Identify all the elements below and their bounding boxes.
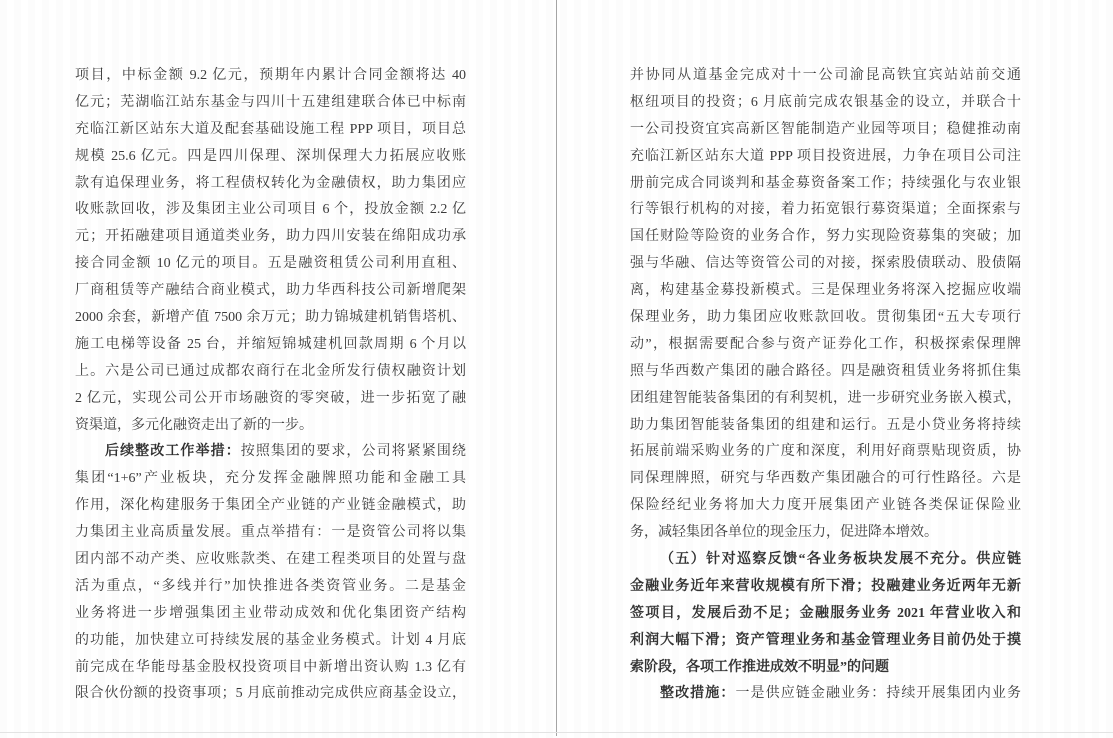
emphasis-text: 签项目，发展后劲不足；金融服务业务 2021 年营业收入和: [630, 606, 1021, 621]
text-line: 力集团主业高质量发展。重点举措有：一是资管公司将以集: [75, 520, 466, 547]
body-text: 充临江新区站东大道及配套基础设施工程 PPP 项目，项目总: [75, 122, 466, 137]
text-line: 签项目，发展后劲不足；金融服务业务 2021 年营业收入和: [630, 601, 1021, 628]
body-text: 厂商租赁等产融结合商业模式，助力华西科技公司新增爬架: [75, 283, 466, 298]
body-text: 国任财险等险资的业务合作，努力实现险资募集的突破；加: [630, 229, 1021, 244]
text-line: 款有追保理业务，将工程债权转化为金融债权，助力集团应: [75, 171, 466, 198]
text-line: 业务将进一步增强集团主业带动成效和优化集团资产结构: [75, 601, 466, 628]
text-line: 整改措施：一是供应链金融业务：持续开展集团内业务: [630, 681, 1021, 708]
body-text: 强与华融、信达等资管公司的对接，探索股债联动、股债隔: [630, 256, 1021, 271]
text-line: 团组建智能装备集团的有利契机，进一步研究业务嵌入模式，: [630, 386, 1021, 413]
body-text: 照与华西数产集团的融合路径。四是融资租赁业务将抓住集: [630, 364, 1021, 379]
text-line: 厂商租赁等产融结合商业模式，助力华西科技公司新增爬架: [75, 278, 466, 305]
text-line: 前完成在华能母基金股权投资项目中新增出资认购 1.3 亿有: [75, 655, 466, 682]
text-line: 亿元；芜湖临江站东基金与四川十五建组建联合体已中标南: [75, 90, 466, 117]
body-text: 枢纽项目的投资；6 月底前完成农银基金的设立，并联合十: [630, 95, 1021, 110]
body-text: 限合伙份额的投资事项；5 月底前推动完成供应商基金设立，: [75, 686, 466, 701]
emphasis-text: 金融业务近年来营收规模有所下滑；投融建业务近两年无新: [630, 579, 1021, 594]
text-line: 后续整改工作举措：按照集团的要求，公司将紧紧围绕: [75, 439, 466, 466]
body-text: 款有追保理业务，将工程债权转化为金融债权，助力集团应: [75, 176, 466, 191]
text-line: 团内部不动产类、应收账款类、在建工程类项目的处置与盘: [75, 547, 466, 574]
document-spread: 项目，中标金额 9.2 亿元，预期年内累计合同金额将达 40亿元；芜湖临江站东基…: [0, 0, 1113, 738]
text-line: 同保理牌照，研究与华西数产集团融合的可行性路径。六是: [630, 466, 1021, 493]
body-text: 保险经纪业务将加大力度开展集团产业链各类保证保险业: [630, 498, 1021, 513]
body-text: 的功能，加快建立可持续发展的基金业务模式。计划 4 月底: [75, 633, 466, 648]
text-line: 国任财险等险资的业务合作，努力实现险资募集的突破；加: [630, 224, 1021, 251]
body-text: 拓展前端采购业务的广度和深度，利用好商票贴现资质，协: [630, 444, 1021, 459]
text-line: 照与华西数产集团的融合路径。四是融资租赁业务将抓住集: [630, 359, 1021, 386]
text-line: 助力集团智能装备集团的组建和运行。五是小贷业务将持续: [630, 413, 1021, 440]
text-line: 集团“1+6”产业板块，充分发挥金融牌照功能和金融工具: [75, 466, 466, 493]
text-line: 拓展前端采购业务的广度和深度，利用好商票贴现资质，协: [630, 439, 1021, 466]
emphasis-text: 整改措施：: [660, 686, 735, 701]
body-text: 规模 25.6 亿元。四是四川保理、深圳保理大力拓展应收账: [75, 149, 466, 164]
text-line: 2 亿元，实现公司公开市场融资的零突破，进一步拓宽了融: [75, 386, 466, 413]
emphasis-text: 利润大幅下滑；资产管理业务和基金管理业务目前仍处于摸: [630, 633, 1021, 648]
body-text: 同保理牌照，研究与华西数产集团融合的可行性路径。六是: [630, 471, 1021, 486]
body-text: 一公司投资宜宾高新区智能制造产业园等项目；稳健推动南: [630, 122, 1021, 137]
text-line: 务，减轻集团各单位的现金压力，促进降本增效。: [630, 520, 1021, 547]
body-text: 2000 余套，新增产值 7500 余万元；助力锦城建机销售塔机、: [75, 310, 466, 325]
body-text: 务，减轻集团各单位的现金压力，促进降本增效。: [630, 525, 938, 540]
body-text: 助力集团智能装备集团的组建和运行。五是小贷业务将持续: [630, 418, 1021, 433]
body-text: 按照集团的要求，公司将紧紧围绕: [241, 444, 466, 459]
body-text: 行等银行机构的对接，着力拓宽银行募资渠道；全面探索与: [630, 202, 1021, 217]
body-text: 前完成在华能母基金股权投资项目中新增出资认购 1.3 亿有: [75, 660, 466, 675]
text-line: 强与华融、信达等资管公司的对接，探索股债联动、股债隔: [630, 251, 1021, 278]
text-line: 作用，深化构建服务于集团全产业链的产业链金融模式，助: [75, 493, 466, 520]
text-line: 保险经纪业务将加大力度开展集团产业链各类保证保险业: [630, 493, 1021, 520]
page-bottom-edge: [0, 732, 1113, 733]
text-line: 离，构建基金募投新模式。三是保理业务将深入挖掘应收端: [630, 278, 1021, 305]
body-text: 元；开拓融建项目通道类业务，助力四川安装在绵阳成功承: [75, 229, 466, 244]
body-text: 2 亿元，实现公司公开市场融资的零突破，进一步拓宽了融: [75, 391, 466, 406]
body-text: 集团“1+6”产业板块，充分发挥金融牌照功能和金融工具: [75, 471, 466, 486]
body-text: 力集团主业高质量发展。重点举措有：一是资管公司将以集: [75, 525, 466, 540]
body-text: 册前完成合同谈判和基金募资备案工作；持续强化与农业银: [630, 176, 1021, 191]
text-line: 金融业务近年来营收规模有所下滑；投融建业务近两年无新: [630, 574, 1021, 601]
text-line: 充临江新区站东大道 PPP 项目投资进展，力争在项目公司注: [630, 144, 1021, 171]
text-line: 并协同从道基金完成对十一公司渝昆高铁宜宾站站前交通: [630, 63, 1021, 90]
text-line: （五）针对巡察反馈“各业务板块发展不充分。供应链: [630, 547, 1021, 574]
text-line: 限合伙份额的投资事项；5 月底前推动完成供应商基金设立，: [75, 681, 466, 708]
text-line: 枢纽项目的投资；6 月底前完成农银基金的设立，并联合十: [630, 90, 1021, 117]
text-line: 项目，中标金额 9.2 亿元，预期年内累计合同金额将达 40: [75, 63, 466, 90]
text-line: 册前完成合同谈判和基金募资备案工作；持续强化与农业银: [630, 171, 1021, 198]
body-text: 活为重点，“多线并行”加快推进各类资管业务。二是基金: [75, 579, 466, 594]
emphasis-text: 后续整改工作举措：: [105, 444, 241, 459]
text-line: 元；开拓融建项目通道类业务，助力四川安装在绵阳成功承: [75, 224, 466, 251]
text-line: 收账款回收，涉及集团主业公司项目 6 个，投放金额 2.2 亿: [75, 197, 466, 224]
emphasis-text: 索阶段，各项工作推进成效不明显”的问题: [630, 660, 889, 675]
body-text: 作用，深化构建服务于集团全产业链的产业链金融模式，助: [75, 498, 466, 513]
text-line: 利润大幅下滑；资产管理业务和基金管理业务目前仍处于摸: [630, 628, 1021, 655]
text-line: 规模 25.6 亿元。四是四川保理、深圳保理大力拓展应收账: [75, 144, 466, 171]
body-text: 收账款回收，涉及集团主业公司项目 6 个，投放金额 2.2 亿: [75, 202, 466, 217]
page-left-text-column: 项目，中标金额 9.2 亿元，预期年内累计合同金额将达 40亿元；芜湖临江站东基…: [75, 63, 466, 708]
text-line: 行等银行机构的对接，着力拓宽银行募资渠道；全面探索与: [630, 197, 1021, 224]
text-line: 接合同金额 10 亿元的项目。五是融资租赁公司利用直租、: [75, 251, 466, 278]
body-text: 离，构建基金募投新模式。三是保理业务将深入挖掘应收端: [630, 283, 1021, 298]
body-text: 上。六是公司已通过成都农商行在北金所发行债权融资计划: [75, 364, 466, 379]
text-line: 索阶段，各项工作推进成效不明显”的问题: [630, 655, 1021, 682]
text-line: 上。六是公司已通过成都农商行在北金所发行债权融资计划: [75, 359, 466, 386]
body-text: 资渠道，多元化融资走出了新的一步。: [75, 418, 313, 433]
body-text: 充临江新区站东大道 PPP 项目投资进展，力争在项目公司注: [630, 149, 1021, 164]
text-line: 活为重点，“多线并行”加快推进各类资管业务。二是基金: [75, 574, 466, 601]
body-text: 保理业务，助力集团应收账款回收。贯彻集团“五大专项行: [630, 310, 1021, 325]
page-divider-line: [556, 0, 557, 736]
text-line: 一公司投资宜宾高新区智能制造产业园等项目；稳健推动南: [630, 117, 1021, 144]
text-line: 保理业务，助力集团应收账款回收。贯彻集团“五大专项行: [630, 305, 1021, 332]
body-text: 团内部不动产类、应收账款类、在建工程类项目的处置与盘: [75, 552, 466, 567]
text-line: 施工电梯等设备 25 台，并缩短锦城建机回款周期 6 个月以: [75, 332, 466, 359]
text-line: 动”，根据需要配合参与资产证券化工作，积极探索保理牌: [630, 332, 1021, 359]
text-line: 2000 余套，新增产值 7500 余万元；助力锦城建机销售塔机、: [75, 305, 466, 332]
text-line: 充临江新区站东大道及配套基础设施工程 PPP 项目，项目总: [75, 117, 466, 144]
body-text: 团组建智能装备集团的有利契机，进一步研究业务嵌入模式，: [630, 391, 1021, 406]
body-text: 一是供应链金融业务：持续开展集团内业务: [735, 686, 1021, 701]
body-text: 施工电梯等设备 25 台，并缩短锦城建机回款周期 6 个月以: [75, 337, 466, 352]
body-text: 并协同从道基金完成对十一公司渝昆高铁宜宾站站前交通: [630, 68, 1021, 83]
body-text: 动”，根据需要配合参与资产证券化工作，积极探索保理牌: [630, 337, 1021, 352]
text-line: 资渠道，多元化融资走出了新的一步。: [75, 413, 466, 440]
text-line: 的功能，加快建立可持续发展的基金业务模式。计划 4 月底: [75, 628, 466, 655]
body-text: 亿元；芜湖临江站东基金与四川十五建组建联合体已中标南: [75, 95, 466, 110]
body-text: 业务将进一步增强集团主业带动成效和优化集团资产结构: [75, 606, 466, 621]
body-text: 项目，中标金额 9.2 亿元，预期年内累计合同金额将达 40: [75, 68, 466, 83]
page-right-text-column: 并协同从道基金完成对十一公司渝昆高铁宜宾站站前交通枢纽项目的投资；6 月底前完成…: [630, 63, 1021, 708]
body-text: 接合同金额 10 亿元的项目。五是融资租赁公司利用直租、: [75, 256, 466, 271]
emphasis-text: （五）针对巡察反馈“各业务板块发展不充分。供应链: [660, 552, 1021, 567]
